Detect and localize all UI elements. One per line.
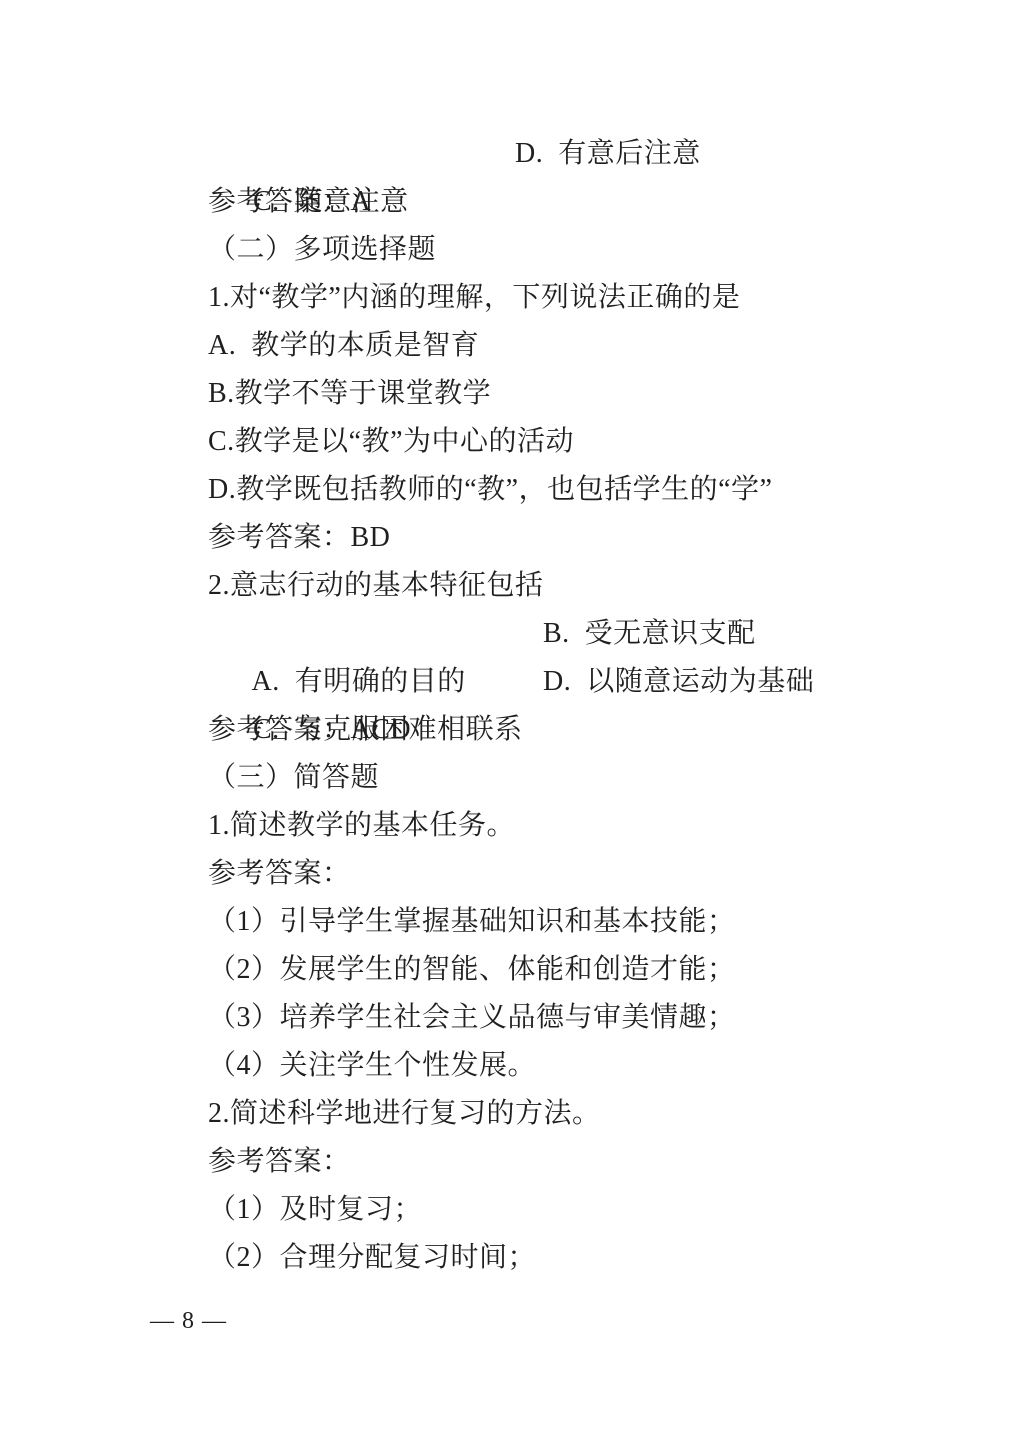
section-heading-short-answer: （三）简答题 bbox=[208, 754, 868, 802]
answer-label: 参考答案： bbox=[208, 850, 868, 898]
section-heading-multiple-choice: （二）多项选择题 bbox=[208, 226, 868, 274]
carryover-option-row: C. 随意注意 D. 有意后注意 bbox=[208, 130, 868, 178]
mc-q2-option-row-cd: C. 与克服困难相联系 D. 以随意运动为基础 bbox=[208, 658, 868, 706]
answer-point: （4）关注学生个性发展。 bbox=[208, 1042, 868, 1090]
answer-point: （1）及时复习； bbox=[208, 1186, 868, 1234]
mc-q1-stem: 1.对“教学”内涵的理解，下列说法正确的是 bbox=[208, 274, 868, 322]
mc-q1-option-c: C.教学是以“教”为中心的活动 bbox=[208, 418, 868, 466]
option-c: C. 与克服困难相联系 bbox=[253, 714, 523, 745]
mc-q1-option-b: B.教学不等于课堂教学 bbox=[208, 370, 868, 418]
option-d: D. 有意后注意 bbox=[515, 130, 701, 178]
page-number: — 8 — bbox=[150, 1306, 227, 1336]
mc-q1-option-d: D.教学既包括教师的“教”，也包括学生的“学” bbox=[208, 466, 868, 514]
answer-point: （2）发展学生的智能、体能和创造才能； bbox=[208, 946, 868, 994]
answer-point: （1）引导学生掌握基础知识和基本技能； bbox=[208, 898, 868, 946]
option-b: B. 受无意识支配 bbox=[543, 610, 756, 658]
document-content: C. 随意注意 D. 有意后注意 参考答案：A （二）多项选择题 1.对“教学”… bbox=[208, 130, 868, 1282]
sa-q2-stem: 2.简述科学地进行复习的方法。 bbox=[208, 1090, 868, 1138]
option-d: D. 以随意运动为基础 bbox=[543, 658, 814, 706]
mc-q2-stem: 2.意志行动的基本特征包括 bbox=[208, 562, 868, 610]
sa-q1-stem: 1.简述教学的基本任务。 bbox=[208, 802, 868, 850]
answer-label: 参考答案： bbox=[208, 1138, 868, 1186]
answer-point: （3）培养学生社会主义品德与审美情趣； bbox=[208, 994, 868, 1042]
option-c: C. 随意注意 bbox=[253, 186, 409, 217]
scanned-exam-page: C. 随意注意 D. 有意后注意 参考答案：A （二）多项选择题 1.对“教学”… bbox=[0, 0, 1024, 1447]
mc-q1-option-a: A. 教学的本质是智育 bbox=[208, 322, 868, 370]
answer-line: 参考答案：BD bbox=[208, 514, 868, 562]
answer-point: （2）合理分配复习时间； bbox=[208, 1234, 868, 1282]
mc-q2-option-row-ab: A. 有明确的目的 B. 受无意识支配 bbox=[208, 610, 868, 658]
